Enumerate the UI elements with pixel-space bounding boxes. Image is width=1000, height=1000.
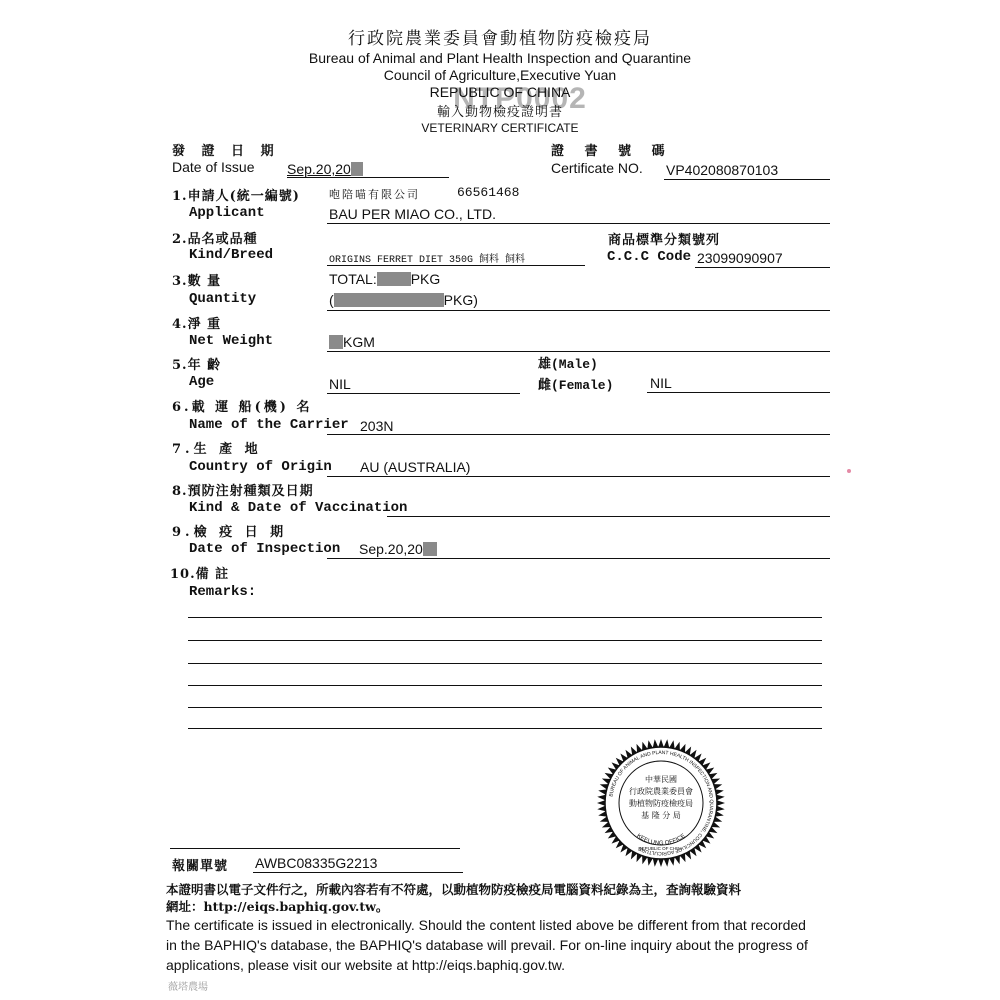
certificate-title-cn: 輸入動物檢疫證明書 (0, 101, 1000, 120)
remarks-line (188, 640, 822, 641)
council-name: Council of Agriculture,Executive Yuan (0, 67, 1000, 83)
inspection-line (327, 558, 830, 559)
notice-cn-line-2: 網址：http://eiqs.baphiq.gov.tw。 (166, 897, 388, 915)
svg-text:動植物防疫檢疫局: 動植物防疫檢疫局 (629, 798, 693, 808)
notice-en-line-1: The certificate is issued in electronica… (166, 915, 806, 935)
age-line (327, 393, 520, 394)
applicant-name-cn: 咆陪喵有限公司 (329, 186, 420, 202)
net-weight-line (327, 351, 830, 352)
customs-label: 報關單號 (172, 855, 228, 874)
date-of-issue-value: Sep.20,20 (287, 161, 363, 177)
kind-line (327, 265, 585, 266)
svg-text:行政院農業委員會: 行政院農業委員會 (629, 786, 693, 796)
net-weight-label: Net Weight (189, 333, 273, 349)
origin-value: AU (AUSTRALIA) (360, 459, 470, 475)
applicant-label-cn: 1.申請人(統一編號) (172, 185, 300, 204)
notice-en-line-2: in the BAPHIQ's database, the BAPHIQ's d… (166, 935, 808, 955)
origin-label: Country of Origin (189, 459, 332, 475)
certificate-no-line (664, 179, 830, 180)
quantity-detail: (PKG) (329, 292, 478, 308)
quantity-total: TOTAL:PKG (329, 271, 440, 287)
vaccination-label-cn: 8.預防注射種類及日期 (172, 480, 314, 499)
vaccination-line (387, 516, 830, 517)
carrier-value: 203N (360, 418, 393, 434)
remarks-line (188, 685, 822, 686)
carrier-line (327, 434, 830, 435)
carrier-label-cn: 6.載 運 船(機) 名 (172, 396, 312, 415)
origin-line (327, 476, 830, 477)
ccc-line (695, 267, 830, 268)
carrier-label: Name of the Carrier (189, 417, 349, 433)
certificate-no-label-cn: 證 書 號 碼 (551, 140, 673, 159)
date-of-issue-label-cn: 發 證 日 期 (172, 140, 280, 159)
origin-label-cn: 7.生 產 地 (172, 438, 262, 457)
quantity-line (327, 310, 830, 311)
applicant-line (327, 223, 830, 224)
age-value: NIL (329, 376, 351, 392)
sex-value: NIL (650, 375, 672, 391)
age-label-cn: 5.年 齡 (172, 354, 221, 373)
kind-label-cn: 2.品名或品種 (172, 228, 258, 247)
net-weight-label-cn: 4.淨 重 (172, 313, 221, 332)
svg-text:REPUBLIC OF CHINA: REPUBLIC OF CHINA (638, 846, 683, 851)
male-label: 雄(Male) (538, 353, 598, 372)
agency-name-en: Bureau of Animal and Plant Health Inspec… (0, 50, 1000, 66)
date-of-issue-label: Date of Issue (172, 159, 255, 175)
remarks-line (188, 728, 822, 729)
svg-text:中華民國: 中華民國 (645, 774, 677, 784)
date-of-issue-line (287, 177, 449, 178)
remarks-line (188, 707, 822, 708)
remarks-line (188, 663, 822, 664)
official-seal-stamp: BUREAU OF ANIMAL AND PLANT HEALTH INSPEC… (596, 738, 726, 868)
customs-value: AWBC08335G2213 (255, 855, 377, 871)
kind-value: ORIGINS FERRET DIET 350G 飼料 飼料 (329, 250, 525, 266)
source-mark: 薇塔農場 (168, 978, 208, 993)
sex-line (647, 392, 830, 393)
customs-top-line (170, 848, 460, 849)
remarks-label: Remarks: (189, 584, 256, 600)
scan-mark (847, 469, 851, 473)
inspection-label: Date of Inspection (189, 541, 340, 557)
inspection-value: Sep.20,20 (359, 541, 437, 557)
agency-name-cn: 行政院農業委員會動植物防疫檢疫局 (0, 24, 1000, 49)
certificate-no-value: VP402080870103 (666, 162, 778, 178)
kind-label: Kind/Breed (189, 247, 273, 263)
remarks-line (188, 617, 822, 618)
remarks-label-cn: 10.備 註 (170, 563, 229, 582)
ccc-value: 23099090907 (697, 250, 783, 266)
female-label: 雌(Female) (538, 374, 613, 393)
applicant-label: Applicant (189, 205, 265, 221)
inspection-label-cn: 9.檢 疫 日 期 (172, 521, 287, 540)
certificate-title-en: VETERINARY CERTIFICATE (0, 121, 1000, 135)
quantity-label-cn: 3.數 量 (172, 270, 221, 289)
age-label: Age (189, 374, 214, 390)
applicant-tax-id: 66561468 (457, 185, 519, 200)
customs-line (253, 872, 463, 873)
notice-cn-line-1: 本證明書以電子文件行之，所載內容若有不符處，以動植物防疫檢疫局電腦資料紀錄為主，… (166, 880, 741, 898)
applicant-value: BAU PER MIAO CO., LTD. (329, 206, 496, 222)
country-name: REPUBLIC OF CHINA (0, 84, 1000, 100)
net-weight-value: KGM (329, 334, 375, 350)
notice-en-line-3: applications, please visit our website a… (166, 955, 565, 975)
svg-text:基 隆 分 局: 基 隆 分 局 (641, 810, 681, 820)
ccc-label: C.C.C Code (607, 249, 691, 265)
certificate-no-label: Certificate NO. (551, 160, 643, 176)
quantity-label: Quantity (189, 291, 256, 307)
ccc-label-cn: 商品標準分類號列 (608, 229, 720, 248)
vaccination-label: Kind & Date of Vaccination (189, 500, 407, 516)
